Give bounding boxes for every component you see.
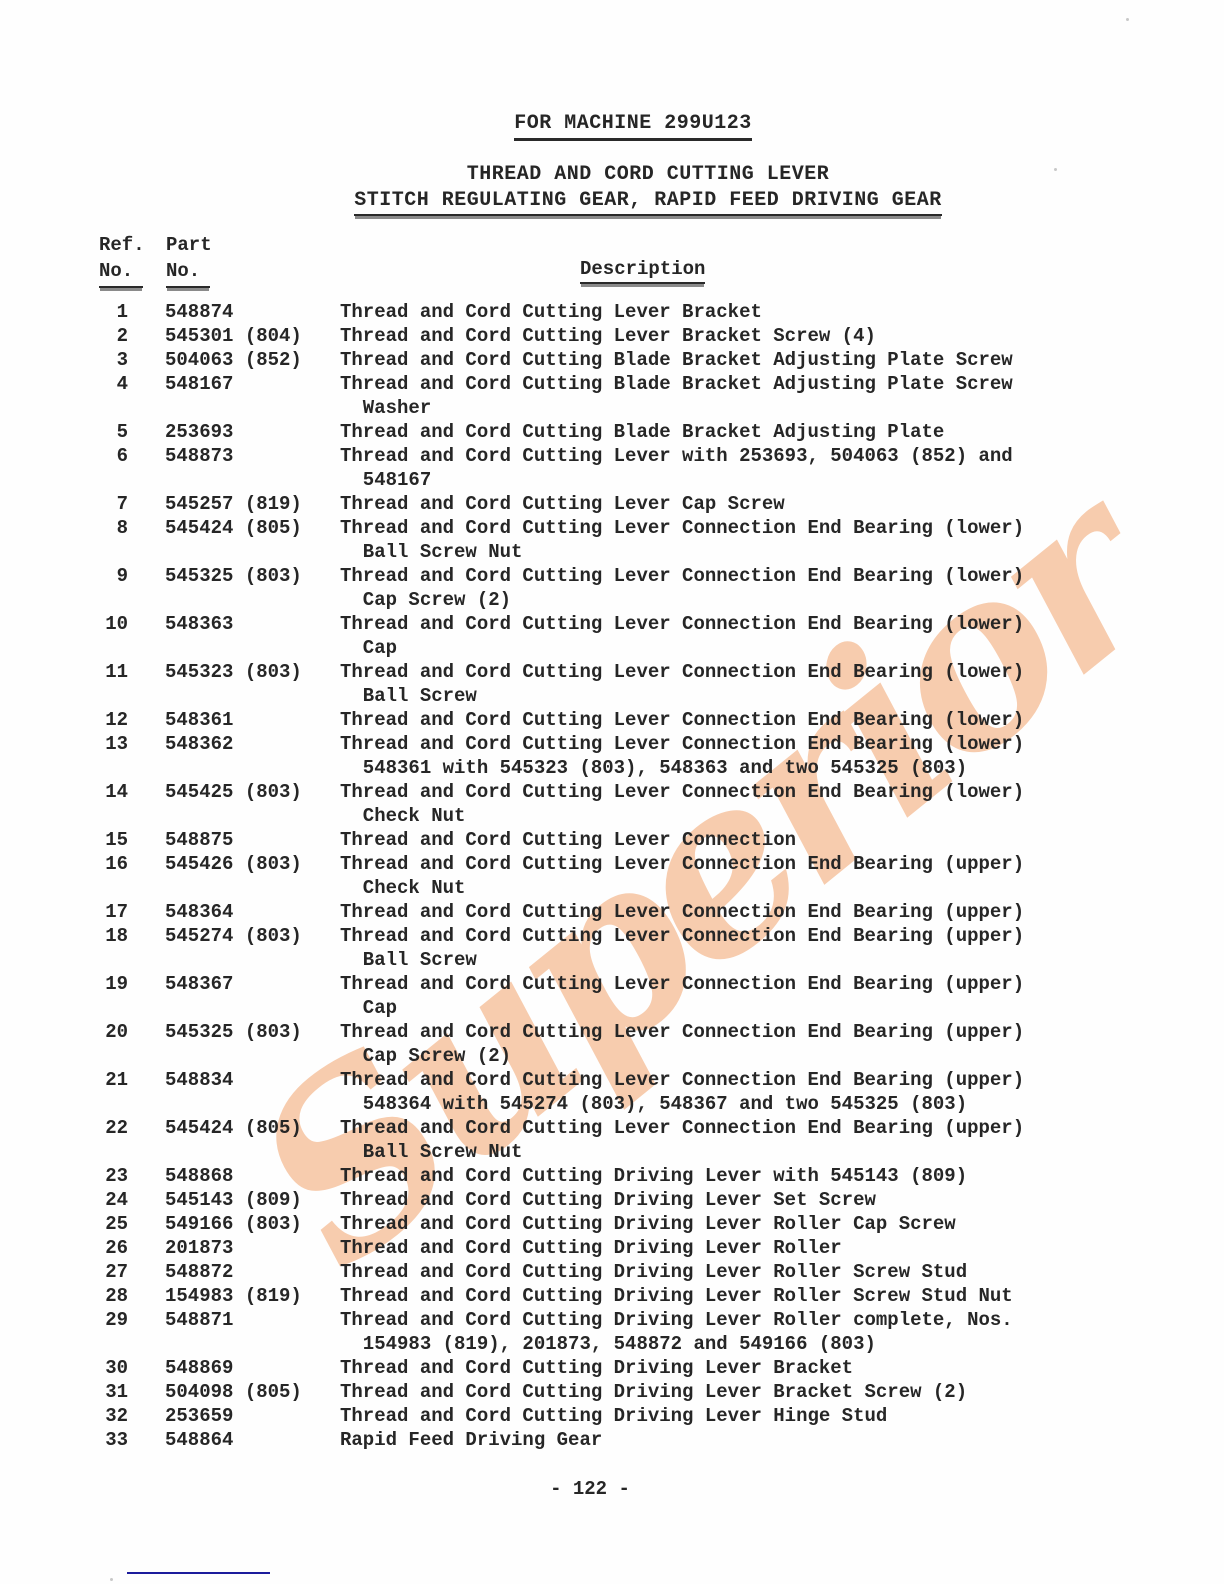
table-row: 1 548874 Thread and Cord Cutting Lever B… [95,300,1024,324]
table-row: 33 548864 Rapid Feed Driving Gear [95,1428,1024,1452]
table-row: 16 545426 (803) Thread and Cord Cutting … [95,852,1024,900]
ref-no: 14 [95,780,128,804]
part-description: Thread and Cord Cutting Driving Lever Hi… [340,1404,887,1428]
table-row: 32 253659 Thread and Cord Cutting Drivin… [95,1404,1024,1428]
col-header-ref-line2: No. [99,258,143,288]
ref-no: 27 [95,1260,128,1284]
page-title: FOR MACHINE 299U123 [514,112,752,141]
part-no: 548367 [165,972,340,996]
ref-no: 3 [95,348,128,372]
ref-no: 15 [95,828,128,852]
part-no: 548361 [165,708,340,732]
table-row: 30 548869 Thread and Cord Cutting Drivin… [95,1356,1024,1380]
part-description: Thread and Cord Cutting Lever Connection… [340,708,1024,732]
table-row: 7 545257 (819) Thread and Cord Cutting L… [95,492,1024,516]
ref-no: 33 [95,1428,128,1452]
part-no: 253693 [165,420,340,444]
part-no: 253659 [165,1404,340,1428]
part-no: 548871 [165,1308,340,1332]
table-row: 18 545274 (803) Thread and Cord Cutting … [95,924,1024,972]
table-row: 6 548873 Thread and Cord Cutting Lever w… [95,444,1024,492]
part-no: 545143 (809) [165,1188,340,1212]
table-row: 23 548868 Thread and Cord Cutting Drivin… [95,1164,1024,1188]
part-no: 504098 (805) [165,1380,340,1404]
ref-no: 11 [95,660,128,684]
part-description: Thread and Cord Cutting Lever Connection… [340,516,1024,564]
scan-speck [1054,168,1057,171]
part-no: 548362 [165,732,340,756]
part-no: 545257 (819) [165,492,340,516]
ref-no: 23 [95,1164,128,1188]
part-description: Thread and Cord Cutting Lever Connection… [340,564,1024,612]
part-no: 545424 (805) [165,516,340,540]
part-no: 545301 (804) [165,324,340,348]
title-block: FOR MACHINE 299U123 [0,112,1224,135]
ref-no: 26 [95,1236,128,1260]
part-no: 548834 [165,1068,340,1092]
part-no: 548868 [165,1164,340,1188]
ref-no: 32 [95,1404,128,1428]
table-row: 26 201873 Thread and Cord Cutting Drivin… [95,1236,1024,1260]
ref-no: 9 [95,564,128,588]
part-description: Thread and Cord Cutting Driving Lever Br… [340,1380,967,1404]
part-description: Rapid Feed Driving Gear [340,1428,602,1452]
part-description: Thread and Cord Cutting Driving Lever Br… [340,1356,853,1380]
part-no: 548364 [165,900,340,924]
table-row: 25 549166 (803) Thread and Cord Cutting … [95,1212,1024,1236]
table-row: 17 548364 Thread and Cord Cutting Lever … [95,900,1024,924]
part-no: 548363 [165,612,340,636]
ref-no: 10 [95,612,128,636]
part-description: Thread and Cord Cutting Lever Connection… [340,612,1024,660]
part-no: 549166 (803) [165,1212,340,1236]
part-no: 548167 [165,372,340,396]
part-no: 504063 (852) [165,348,340,372]
ref-no: 21 [95,1068,128,1092]
table-row: 8 545424 (805) Thread and Cord Cutting L… [95,516,1024,564]
subtitle-block-1: THREAD AND CORD CUTTING LEVER [0,163,1224,186]
part-description: Thread and Cord Cutting Driving Lever wi… [340,1164,967,1188]
part-description: Thread and Cord Cutting Driving Lever Ro… [340,1284,1013,1308]
part-description: Thread and Cord Cutting Lever Bracket Sc… [340,324,876,348]
table-row: 10 548363 Thread and Cord Cutting Lever … [95,612,1024,660]
part-description: Thread and Cord Cutting Lever Connection… [340,900,1024,924]
table-row: 2 545301 (804) Thread and Cord Cutting L… [95,324,1024,348]
part-description: Thread and Cord Cutting Blade Bracket Ad… [340,348,1013,372]
ref-no: 5 [95,420,128,444]
ref-no: 24 [95,1188,128,1212]
ref-no: 2 [95,324,128,348]
table-row: 11 545323 (803) Thread and Cord Cutting … [95,660,1024,708]
ref-no: 6 [95,444,128,468]
part-description: Thread and Cord Cutting Lever Connection… [340,1116,1024,1164]
part-no: 545325 (803) [165,564,340,588]
col-header-part-line1: Part [166,234,212,256]
ref-no: 12 [95,708,128,732]
ref-no: 20 [95,1020,128,1044]
scan-speck [110,1578,113,1581]
part-no: 548874 [165,300,340,324]
ref-no: 18 [95,924,128,948]
scan-speck [1126,18,1129,21]
col-header-ref-line1: Ref. [99,234,145,256]
part-no: 545323 (803) [165,660,340,684]
ref-no: 29 [95,1308,128,1332]
part-description: Thread and Cord Cutting Lever Connection… [340,780,1024,828]
table-row: 28 154983 (819) Thread and Cord Cutting … [95,1284,1024,1308]
ref-no: 7 [95,492,128,516]
table-row: 9 545325 (803) Thread and Cord Cutting L… [95,564,1024,612]
part-description: Thread and Cord Cutting Driving Lever Ro… [340,1260,967,1284]
page-number: - 122 - [0,1478,1224,1500]
col-header-ref: Ref. No. [99,232,145,288]
table-row: 5 253693 Thread and Cord Cutting Blade B… [95,420,1024,444]
table-row: 4 548167 Thread and Cord Cutting Blade B… [95,372,1024,420]
table-row: 27 548872 Thread and Cord Cutting Drivin… [95,1260,1024,1284]
part-no: 545426 (803) [165,852,340,876]
table-row: 13 548362 Thread and Cord Cutting Lever … [95,732,1024,780]
col-header-part: Part No. [166,232,212,288]
part-no: 548872 [165,1260,340,1284]
ref-no: 17 [95,900,128,924]
table-row: 3 504063 (852) Thread and Cord Cutting B… [95,348,1024,372]
col-header-description: Description [580,258,705,280]
table-row: 15 548875 Thread and Cord Cutting Lever … [95,828,1024,852]
part-no: 545274 (803) [165,924,340,948]
ref-no: 31 [95,1380,128,1404]
col-header-part-line2: No. [166,258,210,288]
ref-no: 19 [95,972,128,996]
part-no: 545325 (803) [165,1020,340,1044]
part-description: Thread and Cord Cutting Lever Connection… [340,732,1024,780]
part-description: Thread and Cord Cutting Lever Connection… [340,1020,1024,1068]
table-row: 24 545143 (809) Thread and Cord Cutting … [95,1188,1024,1212]
ref-no: 13 [95,732,128,756]
table-row: 12 548361 Thread and Cord Cutting Lever … [95,708,1024,732]
page-content: FOR MACHINE 299U123 THREAD AND CORD CUTT… [0,0,1224,1584]
table-row: 14 545425 (803) Thread and Cord Cutting … [95,780,1024,828]
table-row: 31 504098 (805) Thread and Cord Cutting … [95,1380,1024,1404]
part-description: Thread and Cord Cutting Lever Connection… [340,924,1024,972]
part-no: 545425 (803) [165,780,340,804]
part-description: Thread and Cord Cutting Blade Bracket Ad… [340,372,1013,420]
ref-no: 25 [95,1212,128,1236]
part-description: Thread and Cord Cutting Driving Lever Ro… [340,1236,842,1260]
part-description: Thread and Cord Cutting Lever Connection [340,828,796,852]
part-no: 548873 [165,444,340,468]
part-description: Thread and Cord Cutting Lever Connection… [340,1068,1024,1116]
table-row: 19 548367 Thread and Cord Cutting Lever … [95,972,1024,1020]
part-no: 548869 [165,1356,340,1380]
ref-no: 8 [95,516,128,540]
part-description: Thread and Cord Cutting Lever Connection… [340,972,1024,1020]
ref-no: 30 [95,1356,128,1380]
part-description: Thread and Cord Cutting Driving Lever Ro… [340,1308,1013,1356]
part-description: Thread and Cord Cutting Lever Cap Screw [340,492,785,516]
ref-no: 1 [95,300,128,324]
part-no: 154983 (819) [165,1284,340,1308]
part-description: Thread and Cord Cutting Blade Bracket Ad… [340,420,944,444]
subtitle-line2: STITCH REGULATING GEAR, RAPID FEED DRIVI… [354,189,942,216]
subtitle-block-2: STITCH REGULATING GEAR, RAPID FEED DRIVI… [0,189,1224,212]
part-description: Thread and Cord Cutting Lever Bracket [340,300,762,324]
part-description: Thread and Cord Cutting Driving Lever Se… [340,1188,876,1212]
parts-table: 1 548874 Thread and Cord Cutting Lever B… [95,300,1024,1452]
part-description: Thread and Cord Cutting Lever Connection… [340,852,1024,900]
part-no: 548864 [165,1428,340,1452]
part-no: 201873 [165,1236,340,1260]
table-row: 22 545424 (805) Thread and Cord Cutting … [95,1116,1024,1164]
ref-no: 22 [95,1116,128,1140]
table-row: 20 545325 (803) Thread and Cord Cutting … [95,1020,1024,1068]
ref-no: 4 [95,372,128,396]
table-row: 29 548871 Thread and Cord Cutting Drivin… [95,1308,1024,1356]
ref-no: 16 [95,852,128,876]
table-row: 21 548834 Thread and Cord Cutting Lever … [95,1068,1024,1116]
part-description: Thread and Cord Cutting Lever with 25369… [340,444,1013,492]
part-description: Thread and Cord Cutting Driving Lever Ro… [340,1212,956,1236]
document-page: Superior FOR MACHINE 299U123 THREAD AND … [0,0,1224,1584]
subtitle-line1: THREAD AND CORD CUTTING LEVER [467,163,830,186]
part-no: 545424 (805) [165,1116,340,1140]
part-description: Thread and Cord Cutting Lever Connection… [340,660,1024,708]
part-no: 548875 [165,828,340,852]
ref-no: 28 [95,1284,128,1308]
